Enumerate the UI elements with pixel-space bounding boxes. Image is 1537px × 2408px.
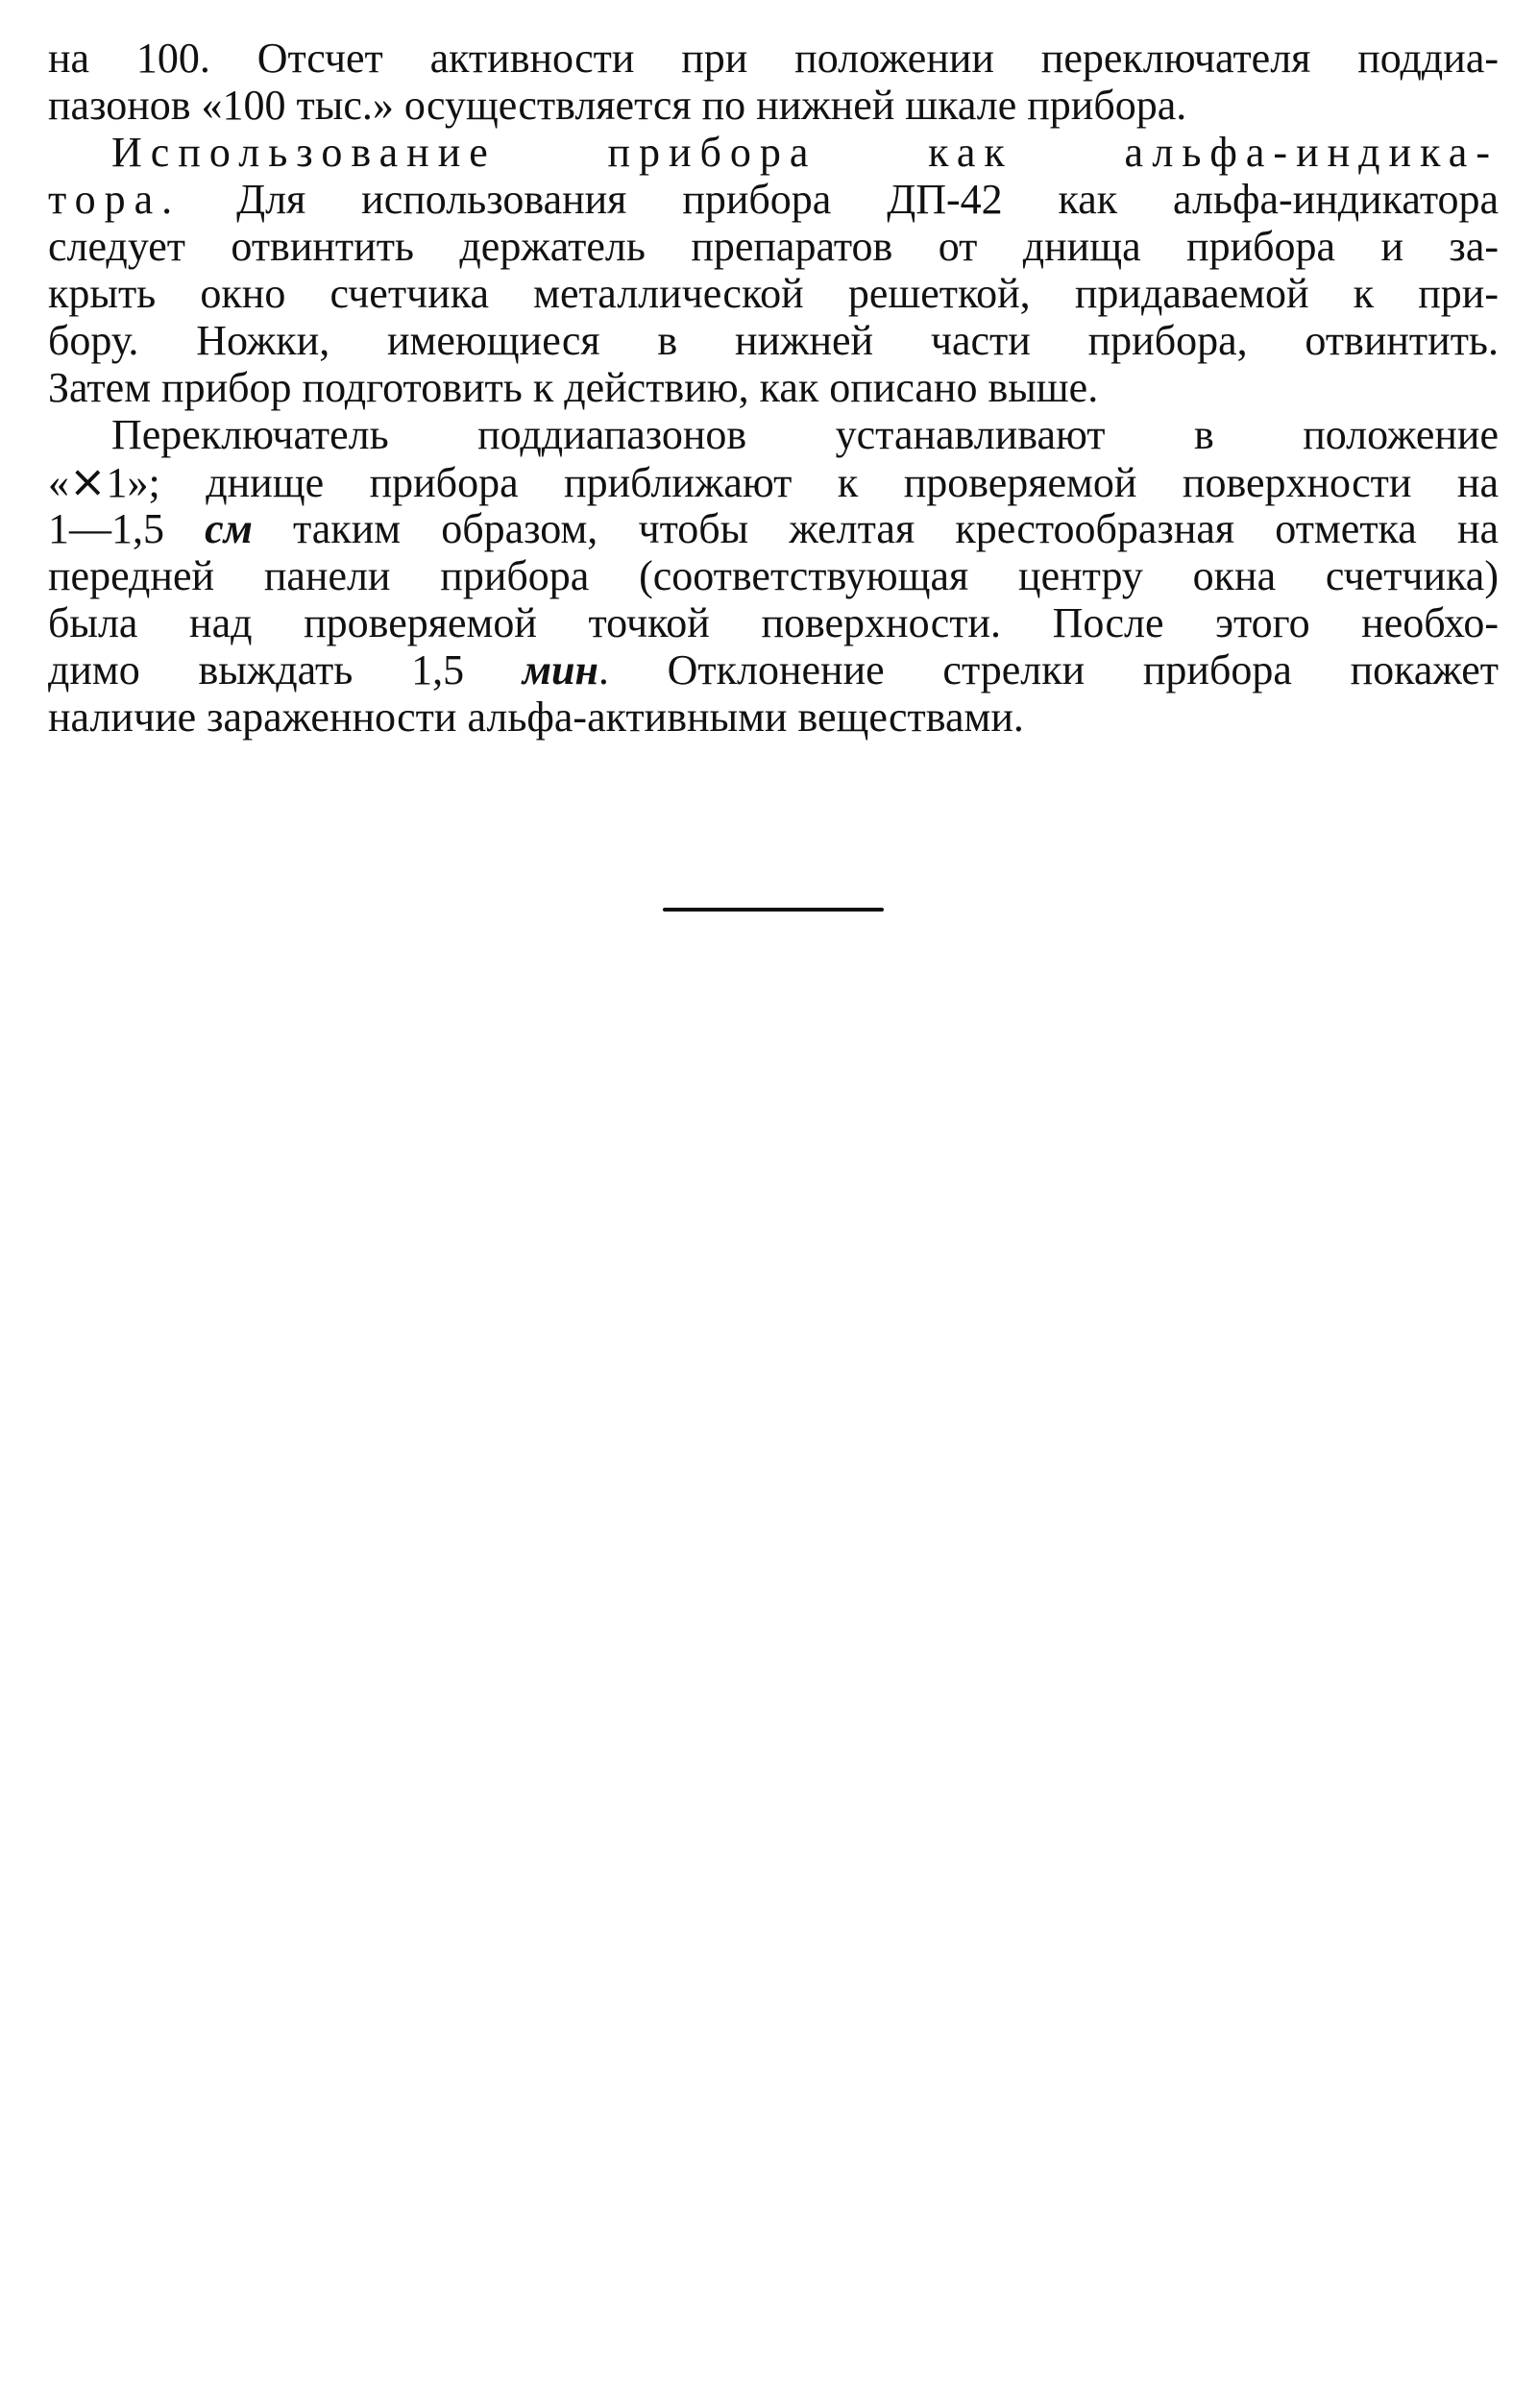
section-heading-end: тора. [48, 176, 181, 223]
unit-min: мин [523, 646, 598, 693]
text-fragment: . Отклонение стрелки прибора покажет [598, 646, 1499, 693]
text-fragment: таким образом, чтобы желтая крестообразн… [293, 505, 1499, 552]
text-line-12: передней панели прибора (соответствующая… [48, 552, 1499, 599]
document-page: на 100. Отсчет активности при положении … [48, 35, 1499, 741]
text-line-5: следует отвинтить держатель препаратов о… [48, 223, 1499, 270]
text-line-6: крыть окно счетчика металлической решетк… [48, 270, 1499, 317]
text-line-13: была над проверяемой точкой поверхности.… [48, 599, 1499, 646]
text-line-2: пазонов «100 тыс.» осуществляется по ниж… [48, 82, 1499, 129]
section-heading-line: Использование прибора как альфа-индика- [48, 129, 1499, 176]
quote-open: « [48, 459, 69, 506]
cross-mark-icon: × [69, 455, 107, 507]
text-line-15: наличие зараженности альфа-активными вещ… [48, 693, 1499, 741]
unit-cm: см [205, 505, 253, 552]
text-line-7: бору. Ножки, имеющиеся в нижней части пр… [48, 317, 1499, 364]
section-end-rule [663, 908, 884, 912]
text-line-10: «×1»; днище прибора приближают к проверя… [48, 458, 1499, 505]
text-fragment: димо выждать 1,5 [48, 646, 464, 693]
text-line-11: 1—1,5 см таким образом, чтобы желтая кре… [48, 505, 1499, 552]
text-line-14: димо выждать 1,5 мин. Отклонение стрелки… [48, 646, 1499, 693]
text-line-9: Переключатель поддиапазонов устанавливаю… [48, 411, 1499, 458]
text-line-8: Затем прибор подготовить к действию, как… [48, 364, 1499, 411]
text-fragment: 1—1,5 [48, 505, 164, 552]
text-fragment: Для использования прибора ДП-42 как альф… [236, 176, 1499, 223]
text-line-4: тора. Для использования прибора ДП-42 ка… [48, 176, 1499, 223]
text-fragment: 1»; днище прибора приближают к проверяем… [107, 459, 1499, 506]
text-line-1: на 100. Отсчет активности при положении … [48, 35, 1499, 82]
